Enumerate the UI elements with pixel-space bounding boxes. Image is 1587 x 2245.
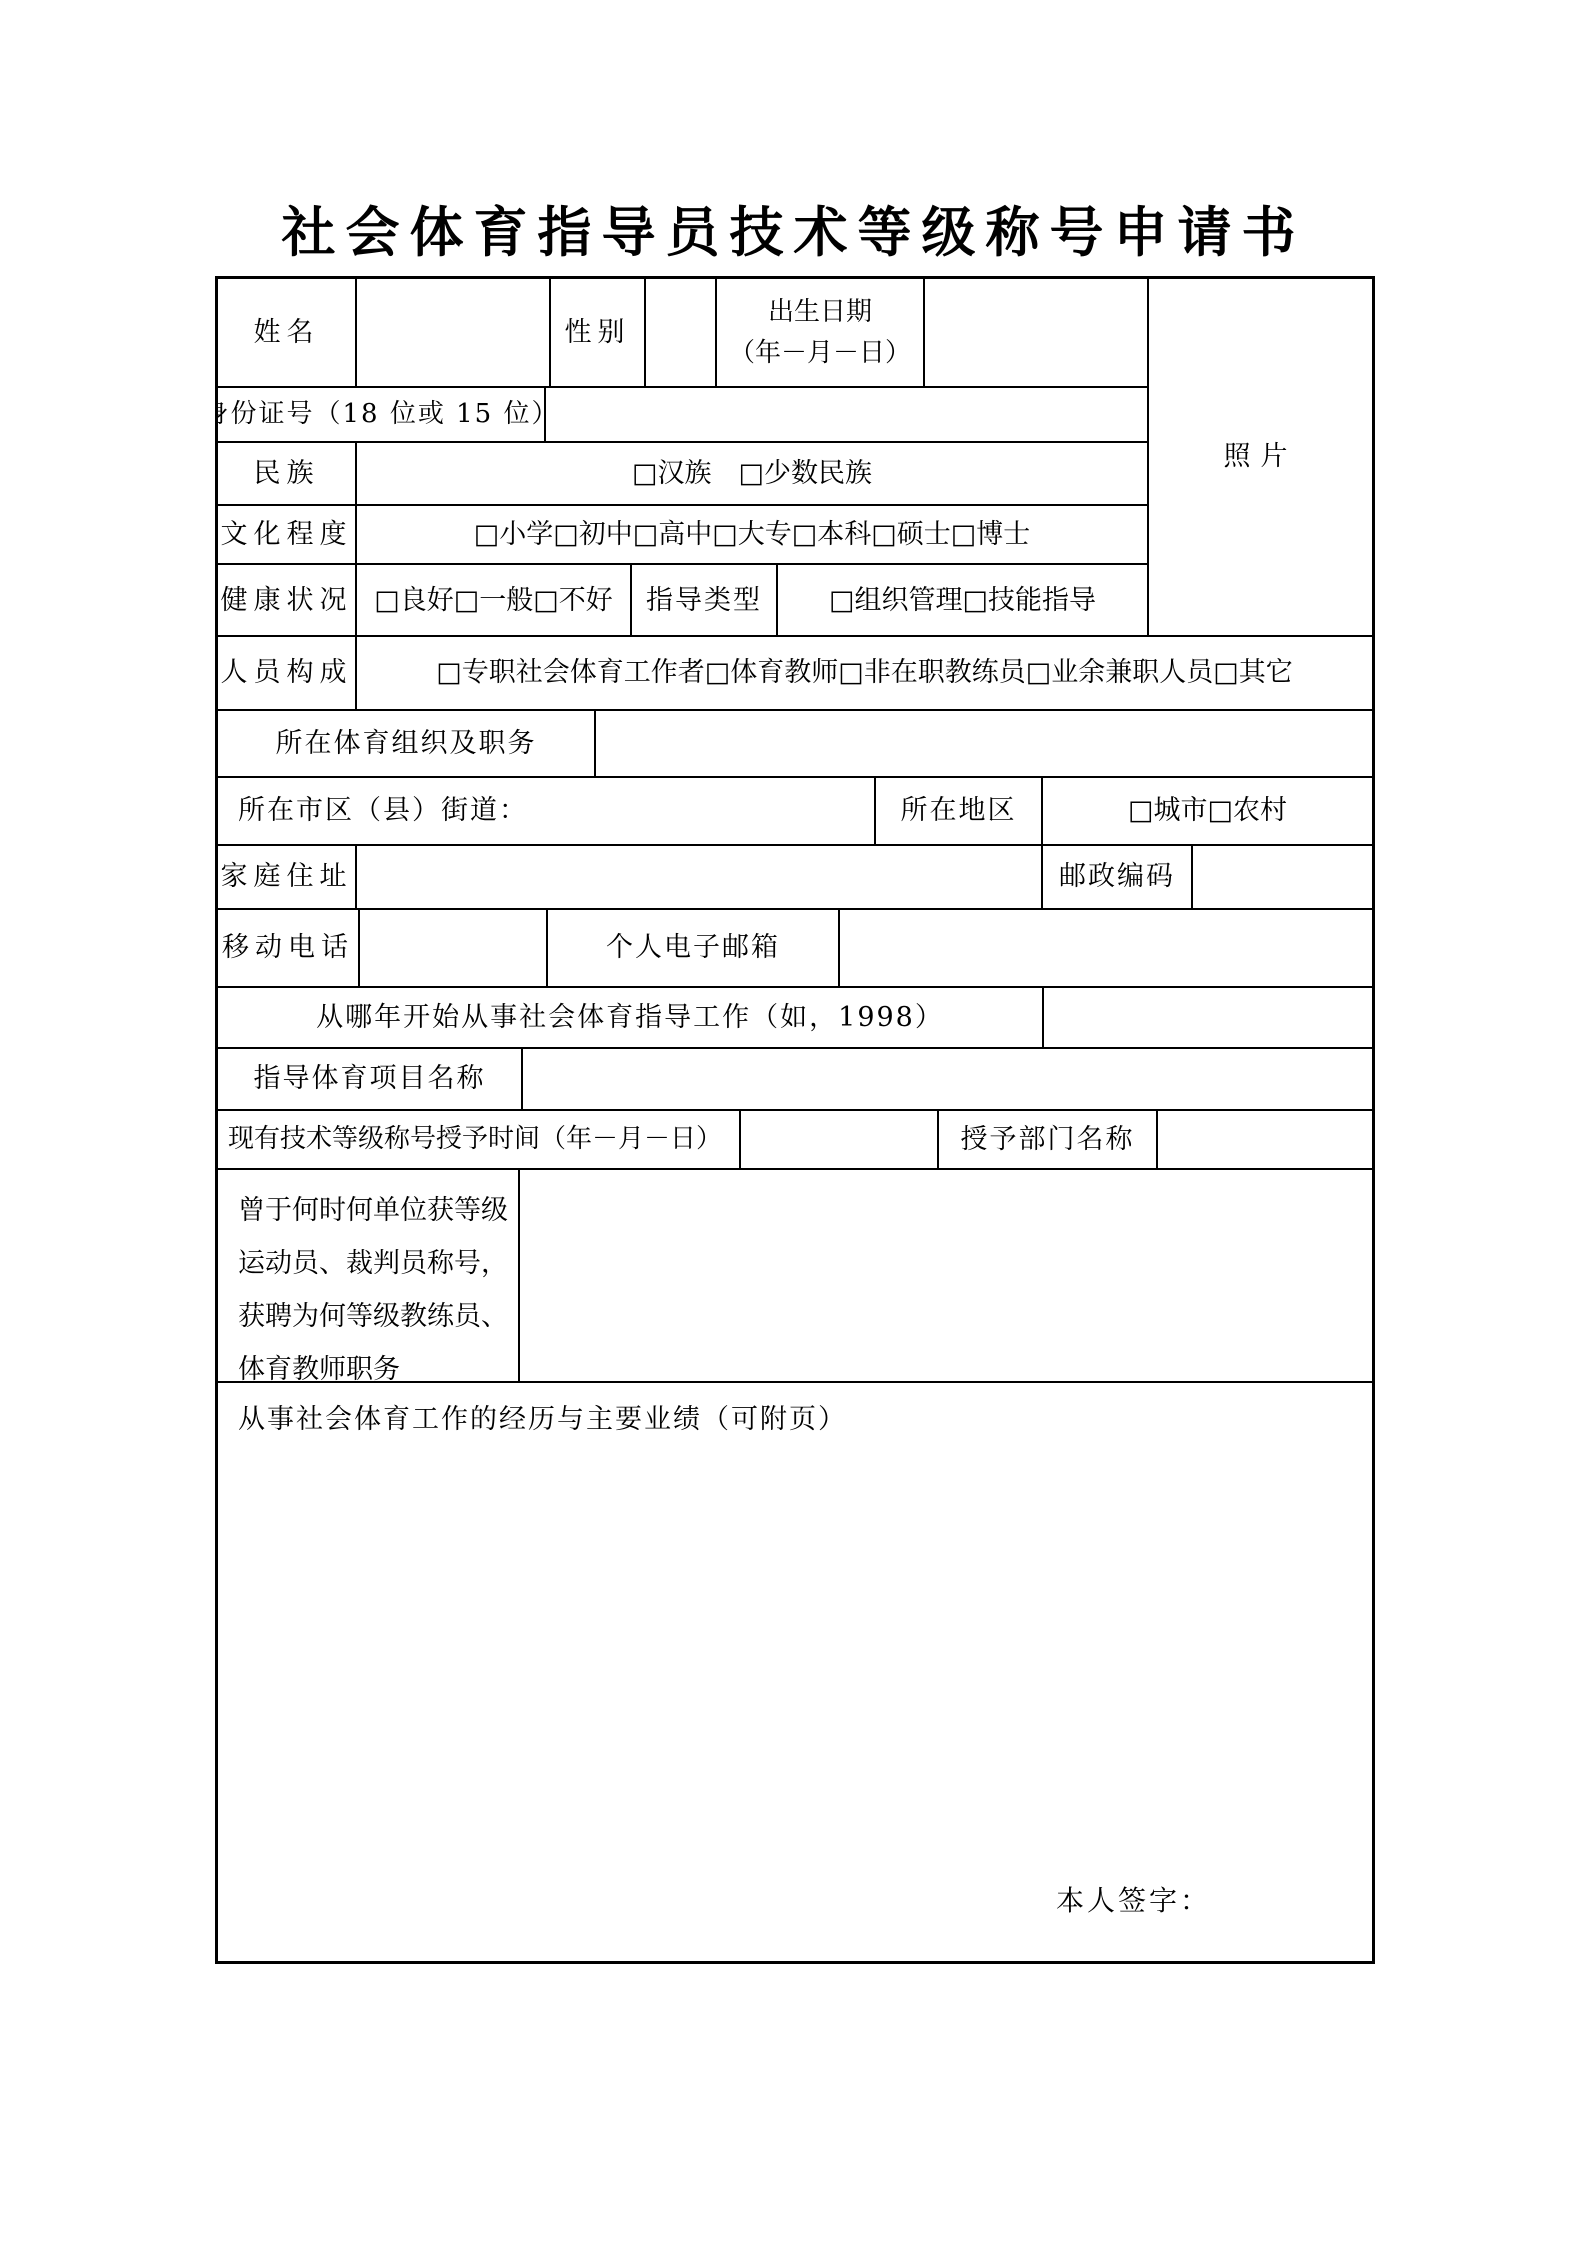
guidance-type-label: 指导类型: [632, 565, 778, 637]
postcode-value-cell: [1193, 846, 1372, 908]
name-label: 姓名: [218, 279, 357, 386]
composition-label: 人员构成: [218, 637, 357, 709]
mobile-value-cell: [360, 910, 548, 986]
row-experience: 从事社会体育工作的经历与主要业绩（可附页） 本人签字：: [218, 1383, 1372, 1961]
birth-date-value-cell: [925, 279, 1147, 386]
row-composition: 人员构成 □专职社会体育工作者□体育教师□非在职教练员□业余兼职人员□其它: [218, 637, 1372, 711]
top-left-rows: 姓名 性别 出生日期 （年－月－日） 身份证号（18 位或 15 位） 民族: [218, 279, 1147, 635]
sport-name-value-cell: [523, 1049, 1372, 1109]
composition-options: □专职社会体育工作者□体育教师□非在职教练员□业余兼职人员□其它: [357, 637, 1372, 709]
ethnicity-options: □汉族 □少数民族: [357, 443, 1147, 504]
start-year-label: 从哪年开始从事社会体育指导工作（如，1998）: [218, 988, 1044, 1047]
row-district: 所在市区（县）街道： 所在地区 □城市□农村: [218, 778, 1372, 846]
name-value-cell: [357, 279, 551, 386]
previous-titles-line2: 运动员、裁判员称号，: [238, 1237, 508, 1290]
organization-label: 所在体育组织及职务: [218, 711, 596, 776]
current-title-label: 现有技术等级称号授予时间（年－月－日）: [218, 1111, 741, 1168]
previous-titles-label: 曾于何时何单位获等级 运动员、裁判员称号， 获聘为何等级教练员、 体育教师职务: [218, 1170, 520, 1381]
row-address: 家庭住址 邮政编码: [218, 846, 1372, 910]
photo-box: 照片: [1147, 279, 1372, 635]
health-label: 健康状况: [218, 565, 357, 637]
photo-label: 照片: [1224, 440, 1298, 474]
postcode-label: 邮政编码: [1043, 846, 1193, 908]
mobile-label: 移动电话: [218, 910, 360, 986]
row-contacts: 移动电话 个人电子邮箱: [218, 910, 1372, 988]
email-value-cell: [840, 910, 1372, 986]
ethnicity-label: 民族: [218, 443, 357, 504]
award-dept-value-cell: [1158, 1111, 1372, 1168]
birth-date-label-line1: 出生日期: [768, 292, 872, 332]
row-start-year: 从哪年开始从事社会体育指导工作（如，1998）: [218, 988, 1372, 1049]
gender-value-cell: [646, 279, 717, 386]
home-address-label: 家庭住址: [218, 846, 357, 908]
education-label: 文化程度: [218, 506, 357, 563]
signature-label: 本人签字：: [1056, 1883, 1211, 1918]
sport-name-label: 指导体育项目名称: [218, 1049, 523, 1109]
row-id-number: 身份证号（18 位或 15 位）: [218, 388, 1147, 443]
row-previous-titles: 曾于何时何单位获等级 运动员、裁判员称号， 获聘为何等级教练员、 体育教师职务: [218, 1170, 1372, 1383]
area-options: □城市□农村: [1043, 778, 1372, 844]
row-organization: 所在体育组织及职务: [218, 711, 1372, 778]
email-label: 个人电子邮箱: [548, 910, 840, 986]
health-options: □良好□一般□不好: [357, 565, 632, 637]
area-label: 所在地区: [876, 778, 1043, 844]
organization-value-cell: [596, 711, 1372, 776]
row-education: 文化程度 □小学□初中□高中□大专□本科□硕士□博士: [218, 506, 1147, 565]
top-section: 姓名 性别 出生日期 （年－月－日） 身份证号（18 位或 15 位） 民族: [218, 279, 1372, 637]
document-title: 社会体育指导员技术等级称号申请书: [0, 190, 1587, 267]
birth-date-label: 出生日期 （年－月－日）: [717, 279, 925, 386]
home-address-value-cell: [357, 846, 1043, 908]
form-page: 社会体育指导员技术等级称号申请书 姓名 性别 出生日期 （年－月－日） 身份证号: [0, 0, 1587, 2245]
experience-label: 从事社会体育工作的经历与主要业绩（可附页）: [238, 1403, 847, 1437]
award-dept-label: 授予部门名称: [939, 1111, 1158, 1168]
application-form-table: 姓名 性别 出生日期 （年－月－日） 身份证号（18 位或 15 位） 民族: [215, 276, 1375, 1964]
row-sport-name: 指导体育项目名称: [218, 1049, 1372, 1111]
start-year-value-cell: [1044, 988, 1372, 1047]
gender-label: 性别: [551, 279, 646, 386]
guidance-type-options: □组织管理□技能指导: [778, 565, 1147, 637]
education-options: □小学□初中□高中□大专□本科□硕士□博士: [357, 506, 1147, 563]
row-health-guidance: 健康状况 □良好□一般□不好 指导类型 □组织管理□技能指导: [218, 565, 1147, 637]
birth-date-label-line2: （年－月－日）: [729, 333, 911, 373]
previous-titles-value-cell: [520, 1170, 1372, 1381]
previous-titles-line3: 获聘为何等级教练员、: [238, 1290, 508, 1343]
district-street-label: 所在市区（县）街道：: [218, 778, 876, 844]
previous-titles-line4: 体育教师职务: [238, 1343, 400, 1381]
row-current-title: 现有技术等级称号授予时间（年－月－日） 授予部门名称: [218, 1111, 1372, 1170]
id-number-label: 身份证号（18 位或 15 位）: [218, 388, 546, 441]
row-ethnicity: 民族 □汉族 □少数民族: [218, 443, 1147, 506]
id-number-value-cell: [546, 388, 1147, 441]
previous-titles-line1: 曾于何时何单位获等级: [238, 1184, 508, 1237]
current-title-date-cell: [741, 1111, 939, 1168]
row-name-gender-birth: 姓名 性别 出生日期 （年－月－日）: [218, 279, 1147, 388]
